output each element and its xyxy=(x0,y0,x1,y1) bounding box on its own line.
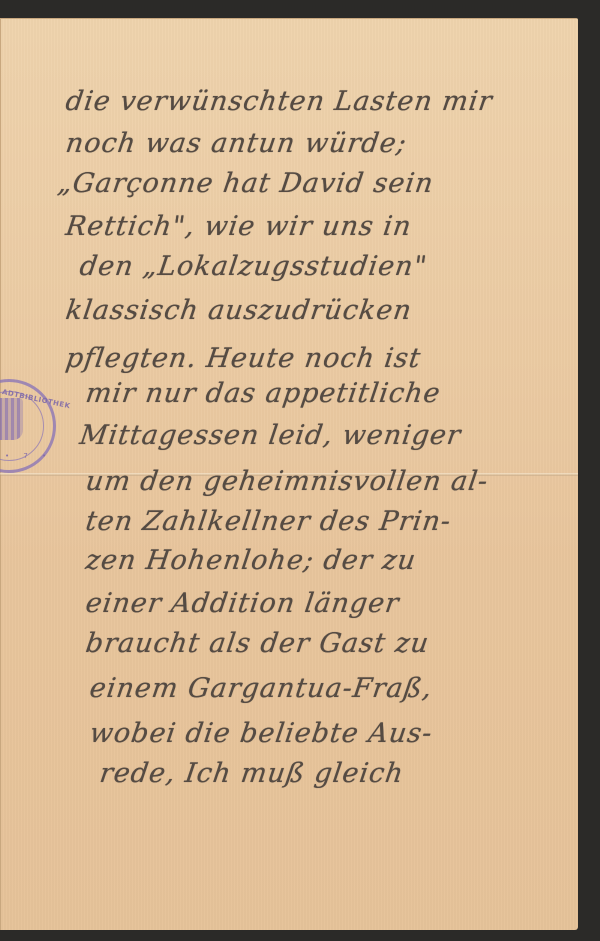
letter-page: ADTBIBLIOTHEK • 7 • die verwünschten Las… xyxy=(0,18,578,930)
stamp-emblem-icon xyxy=(0,398,23,440)
handwritten-line: rede, Ich muß gleich xyxy=(98,758,406,789)
handwritten-line: Rettich", wie wir uns in xyxy=(64,211,414,242)
stamp-bottom-marks: • 7 • xyxy=(5,452,52,460)
handwritten-line: mir nur das appetitliche xyxy=(84,378,443,409)
handwritten-line: zen Hohenlohe; der zu xyxy=(84,545,418,576)
handwritten-line: ten Zahlkellner des Prin- xyxy=(84,506,453,537)
library-stamp-icon: ADTBIBLIOTHEK • 7 • xyxy=(0,379,56,473)
handwritten-line: um den geheimnisvollen al- xyxy=(84,466,491,497)
handwritten-line: klassisch auszudrücken xyxy=(64,295,414,326)
handwritten-line: einer Addition länger xyxy=(84,588,402,619)
handwritten-line: noch was antun würde; xyxy=(64,128,409,159)
document-viewer: ADTBIBLIOTHEK • 7 • die verwünschten Las… xyxy=(0,0,600,941)
handwritten-line: die verwünschten Lasten mir xyxy=(64,86,495,117)
handwritten-line: wobei die beliebte Aus- xyxy=(88,718,435,749)
handwritten-line: einem Gargantua-Fraß, xyxy=(88,673,435,704)
handwritten-line: „Garçonne hat David sein xyxy=(56,168,436,199)
handwritten-line: braucht als der Gast zu xyxy=(84,628,431,659)
handwritten-line: Mittagessen leid, weniger xyxy=(78,420,463,451)
handwritten-line: pflegten. Heute noch ist xyxy=(64,343,423,374)
handwritten-line: den „Lokalzugsstudien" xyxy=(78,251,429,282)
